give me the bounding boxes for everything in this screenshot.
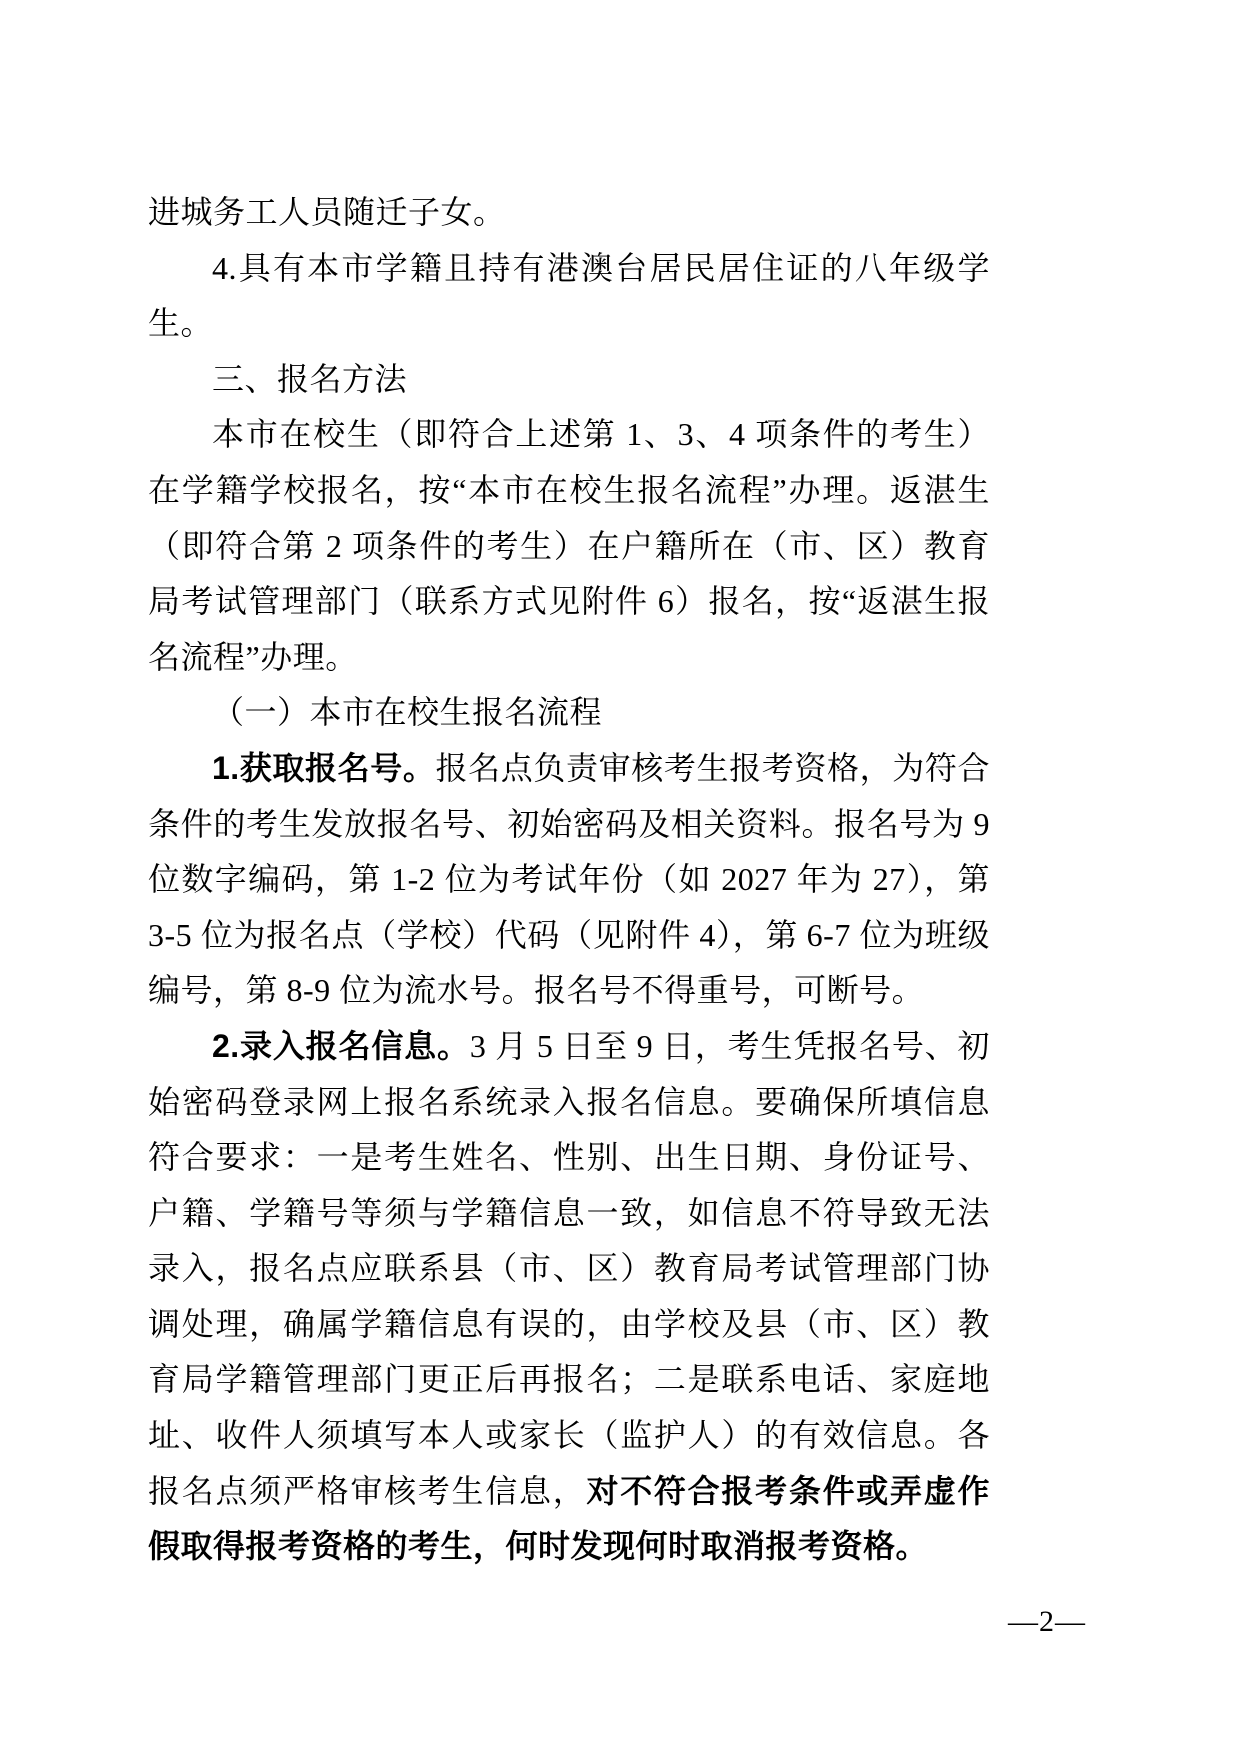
paragraph-step2: 2.录入报名信息。3 月 5 日至 9 日，考生凭报名号、初始密码登录网上报名系… xyxy=(148,1019,990,1575)
page-number: —2— xyxy=(1008,1605,1086,1639)
document-page: 进城务工人员随迁子女。 4.具有本市学籍且持有港澳台居民居住证的八年级学生。 三… xyxy=(0,0,1240,1754)
step1-lead: 1.获取报名号。 xyxy=(212,750,436,786)
document-body: 进城务工人员随迁子女。 4.具有本市学籍且持有港澳台居民居住证的八年级学生。 三… xyxy=(148,185,990,1575)
subsection-heading: （一）本市在校生报名流程 xyxy=(148,685,990,741)
paragraph-step1: 1.获取报名号。报名点负责审核考生报考资格，为符合条件的考生发放报名号、初始密码… xyxy=(148,741,990,1019)
paragraph-continuation: 进城务工人员随迁子女。 xyxy=(148,185,990,241)
paragraph-item4: 4.具有本市学籍且持有港澳台居民居住证的八年级学生。 xyxy=(148,241,990,352)
step1-text: 报名点负责审核考生报考资格，为符合条件的考生发放报名号、初始密码及相关资料。报名… xyxy=(148,750,990,1008)
paragraph-registration-method: 本市在校生（即符合上述第 1、3、4 项条件的考生）在学籍学校报名，按“本市在校… xyxy=(148,407,990,685)
step2-lead: 2.录入报名信息。 xyxy=(212,1028,470,1064)
section-heading: 三、报名方法 xyxy=(148,352,990,408)
step2-text: 3 月 5 日至 9 日，考生凭报名号、初始密码登录网上报名系统录入报名信息。要… xyxy=(148,1028,990,1509)
